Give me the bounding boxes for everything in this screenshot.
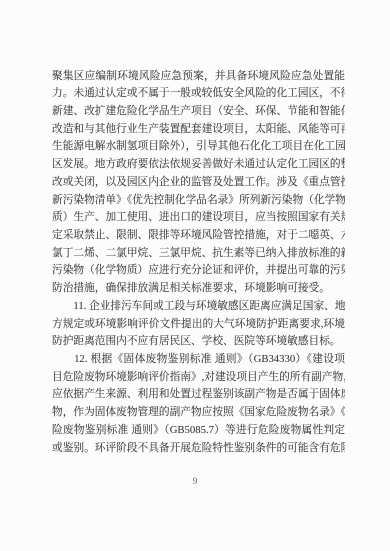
- document-line: 聚集区应编制环境风险应急预案，并具备环境风险应急处置能: [52, 68, 345, 86]
- document-line: 定采取禁止、限制、限排等环境风险管控措施，对于二噁英、六: [52, 227, 345, 245]
- document-line: 防治措施，确保排放满足相关标准要求，环境影响可接受。: [52, 280, 345, 298]
- document-line: 改造和与其他行业生产装置配套建设项目，太阳能、风能等可再: [52, 121, 345, 139]
- document-line: 方规定或环境影响评价文件提出的大气环境防护距离要求,环境: [52, 316, 345, 334]
- document-line: 污染物（化学物质）应进行充分论证和评价，并提出可靠的污染: [52, 262, 345, 280]
- document-line: 物，作为固体废物管理的副产物应按照《国家危险废物名录》《危: [52, 404, 345, 422]
- document-line: 力。未通过认定或不属于一般或较低安全风险的化工园区，不得: [52, 85, 345, 103]
- document-line: 或鉴别。环评阶段不具备开展危险特性鉴别条件的可能含有危险: [52, 440, 345, 458]
- document-line: 新建、改扩建危险化学品生产项目（安全、环保、节能和智能化: [52, 103, 345, 121]
- document-page: 聚集区应编制环境风险应急预案，并具备环境风险应急处置能 力。未通过认定或不属于一…: [0, 0, 390, 551]
- document-line: 生能源电解水制氢项目除外），引导其他石化化工项目在化工园: [52, 138, 345, 156]
- document-line: 目危险废物环境影响评价指南》,对建设项目产生的所有副产物，: [52, 369, 345, 387]
- document-line: 防护距离范围内不应有居民区、学校、医院等环境敏感目标。: [52, 333, 345, 351]
- document-line: 12. 根据《固体废物鉴别标准 通则》（GB34330）《建设项: [52, 351, 345, 369]
- document-line: 新污染物清单》《优先控制化学品名录》所列新污染物（化学物: [52, 192, 345, 210]
- document-line: 11. 企业排污车间或工段与环境敏感区距离应满足国家、地: [52, 298, 345, 316]
- document-line: 险废物鉴别标准 通则》（GB5085.7）等进行危险废物属性判定: [52, 422, 345, 440]
- document-text-block: 聚集区应编制环境风险应急预案，并具备环境风险应急处置能 力。未通过认定或不属于一…: [52, 68, 345, 458]
- document-line: 改或关闭，以及园区内企业的监管及处置工作。涉及《重点管控: [52, 174, 345, 192]
- document-line: 质）生产、加工使用、进出口的建设项目，应当按照国家有关规: [52, 209, 345, 227]
- document-line: 氯丁二烯、二氯甲烷、三氯甲烷、抗生素等已纳入排放标准的新: [52, 245, 345, 263]
- document-line: 应依据产生来源、利用和处置过程鉴别该副产物是否属于固体废: [52, 386, 345, 404]
- page-number: 9: [0, 477, 390, 487]
- document-line: 区发展。地方政府要依法依规妥善做好未通过认定化工园区的整: [52, 156, 345, 174]
